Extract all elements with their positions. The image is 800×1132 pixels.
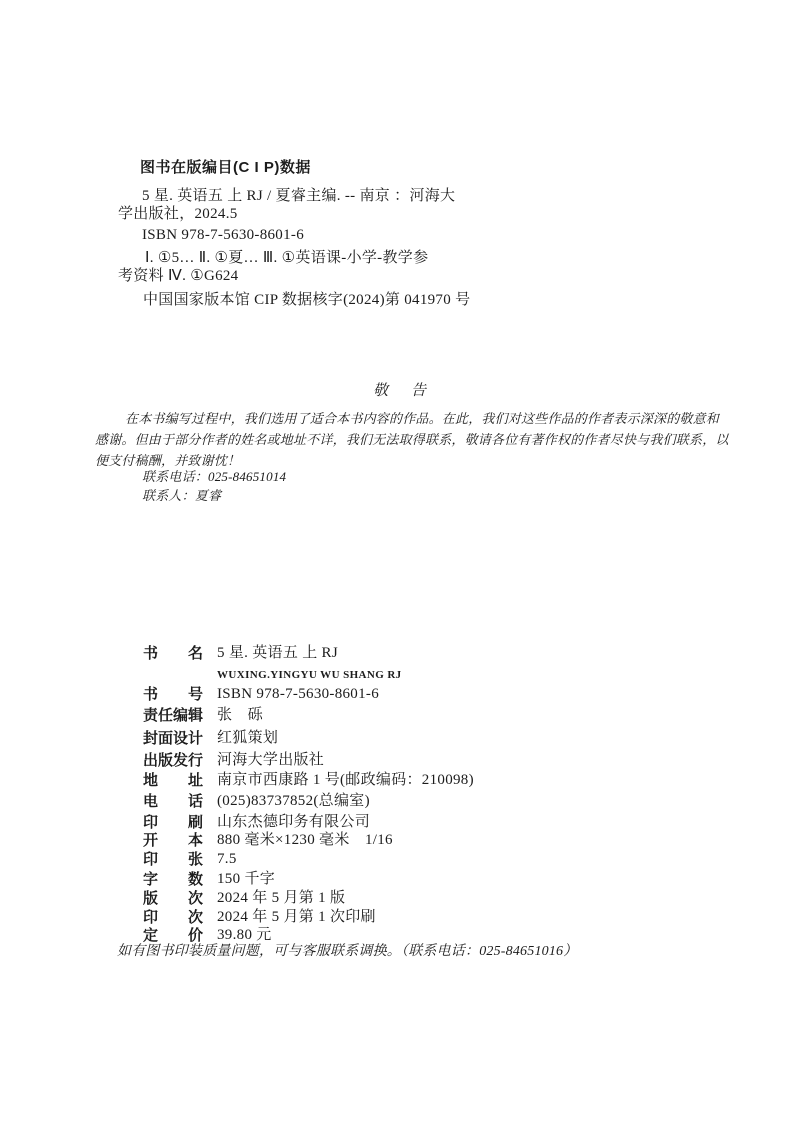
impression-value: 2024 年 5 月第 1 次印刷 bbox=[217, 909, 376, 926]
impression-row: 印次 2024 年 5 月第 1 次印刷 bbox=[143, 909, 376, 926]
book-title-value: 5 星. 英语五 上 RJ bbox=[217, 645, 338, 662]
notice-body-line-2: 感谢。但由于部分作者的姓名或地址不详，我们无法取得联系，敬请各位有著作权的作者尽… bbox=[95, 433, 729, 447]
printer-value: 山东杰德印务有限公司 bbox=[217, 814, 370, 831]
cip-classification-line-1: Ⅰ. ①5… Ⅱ. ①夏… Ⅲ. ①英语课-小学-教学参 bbox=[145, 250, 428, 266]
printer-row: 印刷 山东杰德印务有限公司 bbox=[143, 814, 370, 831]
impression-label: 印次 bbox=[143, 909, 203, 926]
sheets-label: 印张 bbox=[143, 851, 203, 868]
book-title-label: 书名 bbox=[143, 645, 203, 662]
book-title-row: 书名 5 星. 英语五 上 RJ bbox=[143, 645, 338, 662]
word-count-value: 150 千字 bbox=[217, 871, 275, 888]
editor-label: 责任编辑 bbox=[143, 707, 203, 724]
cip-record-line-1: 5 星. 英语五 上 RJ / 夏睿主编. -- 南京 ：河海大 bbox=[142, 188, 455, 204]
publisher-label: 出版发行 bbox=[143, 752, 203, 769]
notice-body-line-3: 便支付稿酬，并致谢忱！ bbox=[95, 454, 240, 468]
cip-record-line-2: 学出版社，2024.5 bbox=[118, 206, 238, 222]
quality-note: 如有图书印装质量问题，可与客服联系调换。（联系电话：025-84651016） bbox=[117, 944, 577, 960]
cover-design-label: 封面设计 bbox=[143, 730, 203, 747]
cover-design-row: 封面设计 红狐策划 bbox=[143, 730, 278, 747]
notice-body-line-1: 在本书编写过程中，我们选用了适合本书内容的作品。在此，我们对这些作品的作者表示深… bbox=[125, 412, 719, 426]
sheets-value: 7.5 bbox=[217, 851, 237, 868]
edition-label: 版次 bbox=[143, 890, 203, 907]
format-row: 开本 880 毫米×1230 毫米 1/16 bbox=[143, 832, 393, 849]
phone-label: 电话 bbox=[143, 793, 203, 810]
edition-row: 版次 2024 年 5 月第 1 版 bbox=[143, 890, 345, 907]
edition-value: 2024 年 5 月第 1 版 bbox=[217, 890, 345, 907]
notice-title: 敬 告 bbox=[95, 383, 708, 399]
word-count-label: 字数 bbox=[143, 871, 203, 888]
address-label: 地址 bbox=[143, 772, 203, 789]
cip-classification-line-2: 考资料 Ⅳ. ①G624 bbox=[118, 268, 238, 284]
cip-registry-line: 中国国家版本馆 CIP 数据核字(2024)第 041970 号 bbox=[143, 292, 470, 308]
editor-value: 张 砾 bbox=[217, 707, 263, 724]
publisher-value: 河海大学出版社 bbox=[217, 752, 324, 769]
editor-row: 责任编辑 张 砾 bbox=[143, 707, 263, 724]
book-number-value: ISBN 978-7-5630-8601-6 bbox=[217, 686, 379, 703]
printer-label: 印刷 bbox=[143, 814, 203, 831]
price-value: 39.80 元 bbox=[217, 927, 272, 944]
address-row: 地址 南京市西康路 1 号(邮政编码：210098) bbox=[143, 772, 474, 789]
notice-contact-person: 联系人：夏睿 bbox=[142, 489, 221, 503]
phone-value: (025)83737852(总编室) bbox=[217, 793, 370, 810]
format-label: 开本 bbox=[143, 832, 203, 849]
book-title-pinyin: WUXING.YINGYU WU SHANG RJ bbox=[217, 669, 402, 681]
format-value: 880 毫米×1230 毫米 1/16 bbox=[217, 832, 393, 849]
price-label: 定价 bbox=[143, 927, 203, 944]
word-count-row: 字数 150 千字 bbox=[143, 871, 275, 888]
book-number-label: 书号 bbox=[143, 686, 203, 703]
publisher-row: 出版发行 河海大学出版社 bbox=[143, 752, 324, 769]
cip-isbn-line: ISBN 978-7-5630-8601-6 bbox=[142, 227, 304, 243]
notice-contact-phone: 联系电话：025-84651014 bbox=[142, 470, 286, 484]
price-row: 定价 39.80 元 bbox=[143, 927, 272, 944]
cip-heading: 图书在版编目(C I P)数据 bbox=[140, 160, 311, 176]
address-value: 南京市西康路 1 号(邮政编码：210098) bbox=[217, 772, 474, 789]
phone-row: 电话 (025)83737852(总编室) bbox=[143, 793, 370, 810]
cover-design-value: 红狐策划 bbox=[217, 730, 278, 747]
copyright-page: 图书在版编目(C I P)数据 5 星. 英语五 上 RJ / 夏睿主编. --… bbox=[0, 0, 800, 1132]
sheets-row: 印张 7.5 bbox=[143, 851, 237, 868]
book-number-row: 书号 ISBN 978-7-5630-8601-6 bbox=[143, 686, 379, 703]
